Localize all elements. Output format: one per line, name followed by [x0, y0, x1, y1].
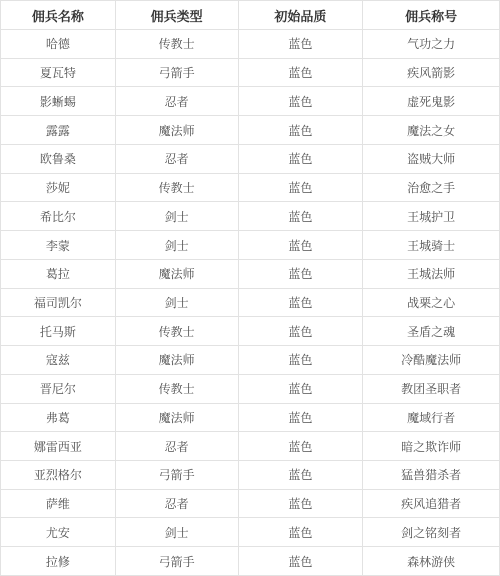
cell-mercenary-type: 忍者 [115, 489, 238, 518]
cell-mercenary-name: 弗葛 [1, 403, 116, 432]
cell-initial-quality: 蓝色 [238, 288, 363, 317]
cell-mercenary-type: 忍者 [115, 144, 238, 173]
cell-mercenary-type: 剑士 [115, 231, 238, 260]
table-row: 希比尔剑士蓝色王城护卫 [1, 202, 500, 231]
table-row: 哈德传教士蓝色气功之力 [1, 30, 500, 59]
cell-initial-quality: 蓝色 [238, 547, 363, 576]
cell-mercenary-name: 亚烈格尔 [1, 461, 116, 490]
cell-initial-quality: 蓝色 [238, 489, 363, 518]
cell-mercenary-title: 猛兽猎杀者 [363, 461, 500, 490]
cell-mercenary-title: 圣盾之魂 [363, 317, 500, 346]
cell-mercenary-name: 尤安 [1, 518, 116, 547]
cell-initial-quality: 蓝色 [238, 87, 363, 116]
cell-mercenary-name: 娜雷西亚 [1, 432, 116, 461]
cell-mercenary-title: 王城骑士 [363, 231, 500, 260]
cell-mercenary-name: 李蒙 [1, 231, 116, 260]
cell-mercenary-title: 疾风追猎者 [363, 489, 500, 518]
mercenary-table: 佣兵名称 佣兵类型 初始品质 佣兵称号 哈德传教士蓝色气功之力夏瓦特弓箭手蓝色疾… [0, 0, 500, 576]
cell-initial-quality: 蓝色 [238, 518, 363, 547]
table-body: 哈德传教士蓝色气功之力夏瓦特弓箭手蓝色疾风箭影影蜥蜴忍者蓝色虚死鬼影露露魔法师蓝… [1, 30, 500, 576]
cell-mercenary-title: 战栗之心 [363, 288, 500, 317]
table-row: 弗葛魔法师蓝色魔域行者 [1, 403, 500, 432]
cell-mercenary-name: 欧鲁桑 [1, 144, 116, 173]
cell-mercenary-title: 虚死鬼影 [363, 87, 500, 116]
cell-initial-quality: 蓝色 [238, 173, 363, 202]
cell-mercenary-name: 晋尼尔 [1, 374, 116, 403]
cell-mercenary-type: 魔法师 [115, 403, 238, 432]
cell-mercenary-type: 弓箭手 [115, 461, 238, 490]
table-row: 娜雷西亚忍者蓝色暗之欺诈师 [1, 432, 500, 461]
column-header-name: 佣兵名称 [1, 1, 116, 30]
column-header-quality: 初始品质 [238, 1, 363, 30]
column-header-title: 佣兵称号 [363, 1, 500, 30]
column-header-type: 佣兵类型 [115, 1, 238, 30]
cell-mercenary-title: 疾风箭影 [363, 58, 500, 87]
cell-mercenary-title: 剑之铭刻者 [363, 518, 500, 547]
table-row: 尤安剑士蓝色剑之铭刻者 [1, 518, 500, 547]
cell-mercenary-name: 哈德 [1, 30, 116, 59]
cell-mercenary-title: 冷酷魔法师 [363, 346, 500, 375]
cell-initial-quality: 蓝色 [238, 403, 363, 432]
table-row: 亚烈格尔弓箭手蓝色猛兽猎杀者 [1, 461, 500, 490]
cell-mercenary-title: 治愈之手 [363, 173, 500, 202]
table-row: 葛拉魔法师蓝色王城法师 [1, 259, 500, 288]
cell-initial-quality: 蓝色 [238, 231, 363, 260]
table-row: 萨维忍者蓝色疾风追猎者 [1, 489, 500, 518]
table-row: 李蒙剑士蓝色王城骑士 [1, 231, 500, 260]
cell-mercenary-type: 传教士 [115, 30, 238, 59]
cell-mercenary-name: 夏瓦特 [1, 58, 116, 87]
table-row: 影蜥蜴忍者蓝色虚死鬼影 [1, 87, 500, 116]
cell-mercenary-name: 莎妮 [1, 173, 116, 202]
cell-mercenary-type: 忍者 [115, 432, 238, 461]
cell-initial-quality: 蓝色 [238, 432, 363, 461]
cell-mercenary-type: 剑士 [115, 202, 238, 231]
cell-mercenary-type: 弓箭手 [115, 58, 238, 87]
table-row: 托马斯传教士蓝色圣盾之魂 [1, 317, 500, 346]
cell-mercenary-type: 剑士 [115, 288, 238, 317]
cell-mercenary-name: 寇兹 [1, 346, 116, 375]
mercenary-table-page: 佣兵名称 佣兵类型 初始品质 佣兵称号 哈德传教士蓝色气功之力夏瓦特弓箭手蓝色疾… [0, 0, 500, 576]
cell-initial-quality: 蓝色 [238, 317, 363, 346]
cell-mercenary-type: 传教士 [115, 374, 238, 403]
cell-mercenary-name: 希比尔 [1, 202, 116, 231]
cell-mercenary-title: 暗之欺诈师 [363, 432, 500, 461]
cell-mercenary-title: 气功之力 [363, 30, 500, 59]
table-row: 福司凯尔剑士蓝色战栗之心 [1, 288, 500, 317]
cell-mercenary-title: 魔法之女 [363, 116, 500, 145]
cell-initial-quality: 蓝色 [238, 144, 363, 173]
cell-mercenary-type: 魔法师 [115, 259, 238, 288]
table-row: 夏瓦特弓箭手蓝色疾风箭影 [1, 58, 500, 87]
header-row: 佣兵名称 佣兵类型 初始品质 佣兵称号 [1, 1, 500, 30]
cell-mercenary-type: 剑士 [115, 518, 238, 547]
cell-mercenary-type: 弓箭手 [115, 547, 238, 576]
cell-initial-quality: 蓝色 [238, 461, 363, 490]
cell-mercenary-name: 葛拉 [1, 259, 116, 288]
cell-mercenary-type: 传教士 [115, 173, 238, 202]
cell-mercenary-type: 忍者 [115, 87, 238, 116]
cell-mercenary-type: 魔法师 [115, 346, 238, 375]
cell-mercenary-name: 影蜥蜴 [1, 87, 116, 116]
cell-mercenary-title: 王城法师 [363, 259, 500, 288]
table-row: 露露魔法师蓝色魔法之女 [1, 116, 500, 145]
cell-initial-quality: 蓝色 [238, 30, 363, 59]
cell-mercenary-title: 王城护卫 [363, 202, 500, 231]
table-row: 莎妮传教士蓝色治愈之手 [1, 173, 500, 202]
cell-initial-quality: 蓝色 [238, 58, 363, 87]
cell-mercenary-title: 森林游侠 [363, 547, 500, 576]
cell-initial-quality: 蓝色 [238, 374, 363, 403]
cell-mercenary-title: 魔域行者 [363, 403, 500, 432]
cell-mercenary-name: 拉修 [1, 547, 116, 576]
cell-initial-quality: 蓝色 [238, 202, 363, 231]
cell-initial-quality: 蓝色 [238, 259, 363, 288]
cell-mercenary-name: 露露 [1, 116, 116, 145]
cell-mercenary-name: 萨维 [1, 489, 116, 518]
cell-mercenary-type: 传教士 [115, 317, 238, 346]
table-row: 晋尼尔传教士蓝色教团圣职者 [1, 374, 500, 403]
cell-initial-quality: 蓝色 [238, 346, 363, 375]
cell-initial-quality: 蓝色 [238, 116, 363, 145]
cell-mercenary-title: 盗贼大师 [363, 144, 500, 173]
table-row: 寇兹魔法师蓝色冷酷魔法师 [1, 346, 500, 375]
cell-mercenary-title: 教团圣职者 [363, 374, 500, 403]
table-row: 拉修弓箭手蓝色森林游侠 [1, 547, 500, 576]
cell-mercenary-type: 魔法师 [115, 116, 238, 145]
cell-mercenary-name: 福司凯尔 [1, 288, 116, 317]
cell-mercenary-name: 托马斯 [1, 317, 116, 346]
table-row: 欧鲁桑忍者蓝色盗贼大师 [1, 144, 500, 173]
table-header: 佣兵名称 佣兵类型 初始品质 佣兵称号 [1, 1, 500, 30]
